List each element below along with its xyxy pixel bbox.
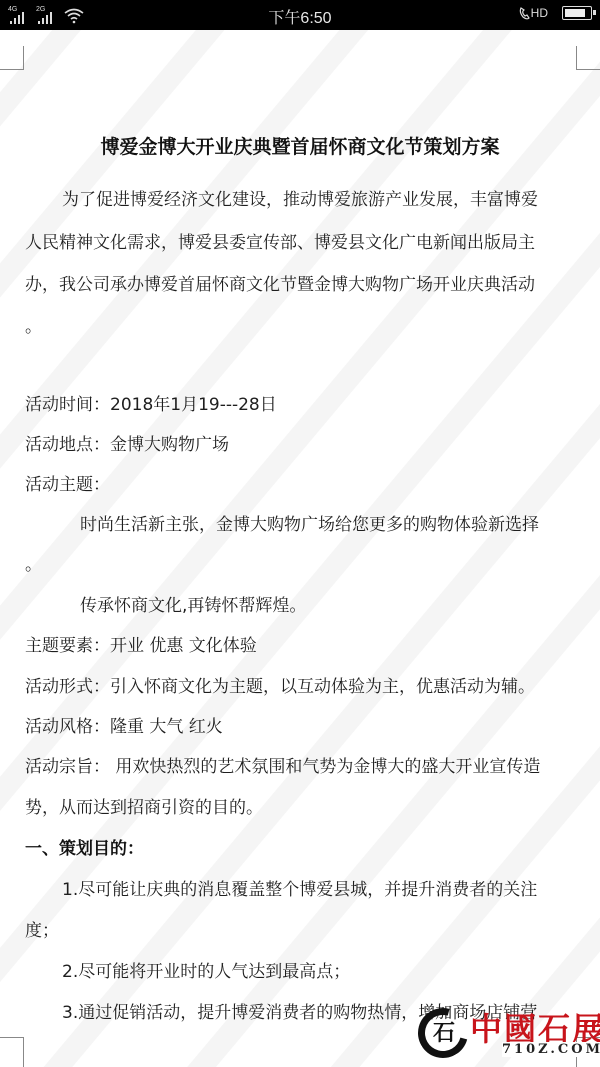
status-bar: 4G 2G 下午6:50 HD xyxy=(0,0,600,30)
activity-style: 活动风格：隆重 大气 红火 xyxy=(25,716,223,738)
goal-item-1-line-2: 度； xyxy=(25,920,59,942)
activity-time: 活动时间：2018年1月19---28日 xyxy=(25,394,277,416)
phone-icon xyxy=(519,6,531,20)
activity-purpose-line-2: 势，从而达到招商引资的目的。 xyxy=(25,797,263,819)
intro-line-2: 人民精神文化需求，博爱县委宣传部、博爱县文化广电新闻出版局主 xyxy=(25,232,535,254)
theme-line-1: 时尚生活新主张，金博大购物广场给您更多的购物体验新选择 xyxy=(80,514,539,536)
intro-line-1: 为了促进博爱经济文化建设，推动博爱旅游产业发展，丰富博爱 xyxy=(62,189,538,211)
activity-place: 活动地点：金博大购物广场 xyxy=(25,434,229,456)
theme-elements: 主题要素：开业 优惠 文化体验 xyxy=(25,635,257,657)
status-time: 下午6:50 xyxy=(0,5,600,28)
watermark-pattern xyxy=(0,30,600,1067)
battery-icon xyxy=(562,6,592,20)
crop-mark-top-left xyxy=(0,46,24,70)
intro-line-4: 。 xyxy=(25,316,42,338)
document-page[interactable]: 博爱金博大开业庆典暨首届怀商文化节策划方案 为了促进博爱经济文化建设，推动博爱旅… xyxy=(0,30,600,1067)
logo-domain: 710Z.COM xyxy=(502,1042,600,1057)
site-watermark-logo: 石 中國石展網 710Z.COM xyxy=(418,1002,600,1060)
activity-theme-label: 活动主题： xyxy=(25,474,110,496)
hd-label: HD xyxy=(531,6,548,20)
activity-purpose-line-1: 活动宗旨： 用欢快热烈的艺术氛围和气势为金博大的盛大开业宣传造 xyxy=(25,756,540,778)
activity-form: 活动形式：引入怀商文化为主题，以互动体验为主，优惠活动为辅。 xyxy=(25,676,535,698)
theme-line-1-period: 。 xyxy=(25,554,42,576)
theme-line-2: 传承怀商文化,再铸怀帮辉煌。 xyxy=(80,595,306,617)
status-right: HD xyxy=(519,6,592,20)
goal-item-1-line-1: 1.尽可能让庆典的消息覆盖整个博爱县城，并提升消费者的关注 xyxy=(62,879,537,901)
crop-mark-bottom-left xyxy=(0,1037,24,1067)
document-title: 博爱金博大开业庆典暨首届怀商文化节策划方案 xyxy=(0,135,600,159)
intro-line-3: 办，我公司承办博爱首届怀商文化节暨金博大购物广场开业庆典活动 xyxy=(25,274,535,296)
logo-glyph: 石 xyxy=(428,1016,460,1047)
goal-item-2: 2.尽可能将开业时的人气达到最高点； xyxy=(62,961,350,983)
section-heading-goals: 一、策划目的： xyxy=(25,838,144,860)
hd-call-icon: HD xyxy=(519,6,548,20)
crop-mark-top-right xyxy=(576,46,600,70)
